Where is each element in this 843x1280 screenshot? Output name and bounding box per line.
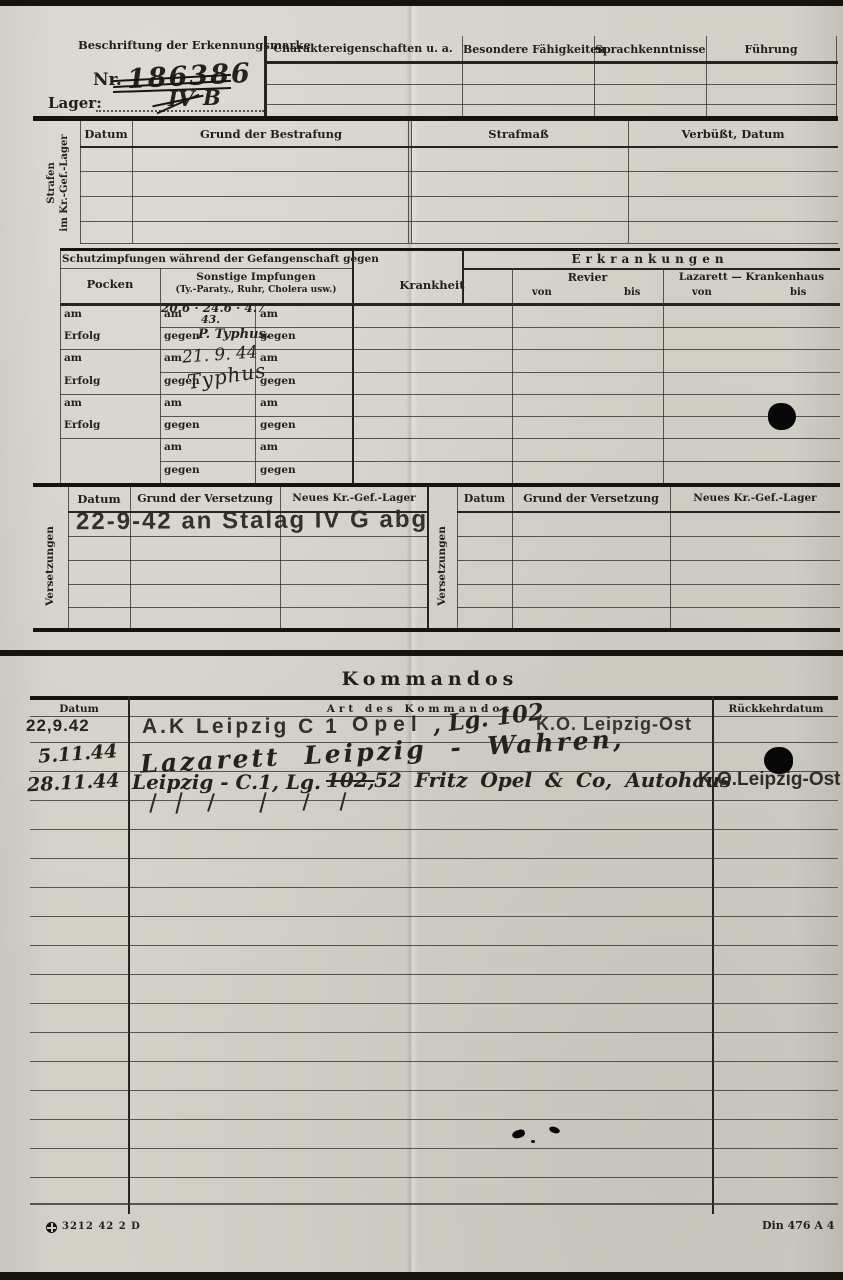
strafen-side-label: Strafen im Kr.-Gef.-Lager [45,127,71,239]
kommando2-datum: 5.11.44 [37,740,118,767]
rule-line [30,858,838,859]
versetzungen-header-lager: Neues Kr.-Gef.-Lager [282,492,426,504]
kommando3-datum: 28.11.44 [26,770,120,797]
divider [60,250,61,483]
kommandos-header-datum: Datum [30,703,128,715]
kommandos-header-rueckkehr: Rückkehrdatum [714,703,838,715]
rule-line [457,560,840,561]
pen-stroke [207,793,215,812]
rule-line [457,584,840,585]
rule-line [30,1119,838,1120]
lager-value: B [203,85,221,110]
divider [132,121,133,243]
kommando3-handwriting-struck: 102, [326,768,375,792]
ink-blot [768,403,796,430]
pocken-erfolg-label: Erfolg [64,375,100,387]
rule-line [80,221,838,222]
lazarett-bis-label: bis [790,287,806,298]
rule-line [80,243,838,244]
revier-bis-label: bis [624,287,640,298]
strafen-header-datum: Datum [80,127,132,141]
pen-stroke [175,792,182,814]
impfung-gegen-label: gegen [164,464,200,476]
rule-line [160,416,840,417]
impfung-gegen-label: gegen [260,419,296,431]
pocken-header: Pocken [62,277,158,291]
rule-line [60,349,840,350]
din-format-label: Din 476 A 4 [762,1219,834,1232]
versetzungen-side-label: Versetzungen [436,511,448,621]
divider [408,121,409,243]
rule-line [80,196,838,197]
kommando1-datum: 22,9.42 [26,716,90,736]
rule-line [264,61,838,64]
rule-line [457,607,840,608]
versetzung-stamp-entry: 22-9-42 an Stalag IV G abg [76,506,428,536]
column-header-faehigkeiten: Besondere Fähigkeiten [463,43,593,56]
sonstige-header-line1: Sonstige Impfungen [162,271,350,283]
section-divider [33,483,840,487]
kommandos-title: Kommandos [330,668,530,690]
versetzungen-header-grund: Grund der Versetzung [132,492,278,505]
kommando1-art-stamp: Opel [352,713,423,737]
kommando3-handwriting: Leipzig - C.1, Lg. [132,770,321,794]
rule-line [30,916,838,917]
rule-line [266,84,836,85]
rule-line [68,584,427,585]
section-divider [60,248,840,251]
rule-line [30,887,838,888]
impfung1-jahr-handwriting: 43. [201,313,220,326]
rule-line [457,536,840,537]
ink-smudge [531,1140,535,1143]
ink-smudge [548,1125,560,1134]
lazarett-header: Lazarett — Krankenhaus [665,271,838,283]
rule-line [266,104,836,105]
pen-stroke [149,793,156,813]
lager-label: Lager: [48,94,102,112]
rule-line [60,394,840,395]
rule-line [68,607,427,608]
divider [411,121,412,243]
impfung-am-label: am [164,441,182,453]
printer-mark-cross [51,1223,53,1232]
rule-line [60,268,352,269]
rule-line [80,171,838,172]
pow-record-card: Beschriftung der Erkennungsmarke Nr. 186… [0,0,843,1280]
pocken-erfolg-label: Erfolg [64,330,100,342]
rule-line [60,438,840,439]
versetzungen-side-label: Versetzungen [44,511,56,621]
rule-line [68,560,427,561]
rule-line [30,1148,838,1149]
rule-line [160,461,840,462]
sonstige-header-line2: (Ty.-Paraty., Ruhr, Cholera usw.) [162,285,350,295]
scan-edge-bottom [0,1272,843,1280]
impfung-am-label: am [260,441,278,453]
revier-header: Revier [514,271,661,284]
rule-line [30,1177,838,1178]
kommando3-ko-stamp: K.O.Leipzig-Ost [698,769,841,791]
strafen-side-label-line1: Strafen [45,127,58,239]
rule-line [68,536,427,537]
pen-stroke [302,793,309,811]
rule-line [30,1203,838,1205]
erkrankungen-title: Erkrankungen [480,252,820,266]
rule-line [30,696,838,700]
kommando1-art-stamp: A.K Leipzig C 1 [142,715,340,739]
kommando3-handwriting: 52 Fritz Opel & Co, Autohaus [374,768,731,792]
krankheit-header: Krankheit [354,278,510,292]
impfung1-gegen-handwriting: P. Typhus. [198,327,270,342]
strafen-header-verbuesst: Verbüßt, Datum [630,127,836,141]
section-divider [33,628,840,632]
divider [462,250,464,303]
versetzungen-header-datum: Datum [68,492,130,506]
impfung-gegen-label: gegen [260,464,296,476]
rule-line [30,1003,838,1004]
versetzungen-header-datum: Datum [458,492,511,505]
strafen-side-label-line2: im Kr.-Gef.-Lager [58,127,71,239]
rule-line [30,1090,838,1091]
column-header-sprachkenntnisse: Sprachkenntnisse [595,43,705,56]
rule-line [30,974,838,975]
rule-line [30,829,838,830]
strafen-header-strafmass: Strafmaß [416,127,621,141]
impfung-am-label: am [260,397,278,409]
printer-mark-icon [46,1222,57,1233]
rule-line [457,511,840,513]
rule-line [30,800,838,801]
scan-edge-top [0,0,843,6]
pocken-am-label: am [64,352,82,364]
divider [512,268,513,483]
pocken-erfolg-label: Erfolg [64,419,100,431]
divider [663,268,664,483]
strafen-header-grund: Grund der Bestrafung [140,127,402,141]
pocken-am-label: am [64,308,82,320]
pen-stroke [259,792,266,813]
rule-line [30,1032,838,1033]
ink-smudge [511,1129,526,1140]
impfung-gegen-label: gegen [164,330,200,342]
impfung-am-label: am [164,352,182,364]
divider [836,36,837,118]
column-header-charakter: Charaktereigenschaften u. a. [266,42,460,55]
column-header-fuehrung: Führung [707,43,835,56]
print-code: 3212 42 2 D [62,1221,141,1232]
rule-line [30,945,838,946]
impfung-gegen-label: gegen [164,419,200,431]
section-divider [33,116,838,121]
divider [128,696,130,1214]
pocken-am-label: am [64,397,82,409]
divider [352,250,354,483]
impfung-am-label: am [164,397,182,409]
section-divider [0,650,843,656]
rule-line [80,146,838,148]
rule-line [462,268,840,270]
lazarett-von-label: von [692,287,712,298]
divider [628,121,629,243]
rule-line [30,1061,838,1062]
impfungen-title: Schutzimpfungen während der Gefangenscha… [62,253,350,265]
versetzungen-header-lager: Neues Kr.-Gef.-Lager [672,492,838,504]
revier-von-label: von [532,287,552,298]
pen-stroke [340,792,347,811]
versetzungen-header-grund: Grund der Versetzung [514,492,668,505]
